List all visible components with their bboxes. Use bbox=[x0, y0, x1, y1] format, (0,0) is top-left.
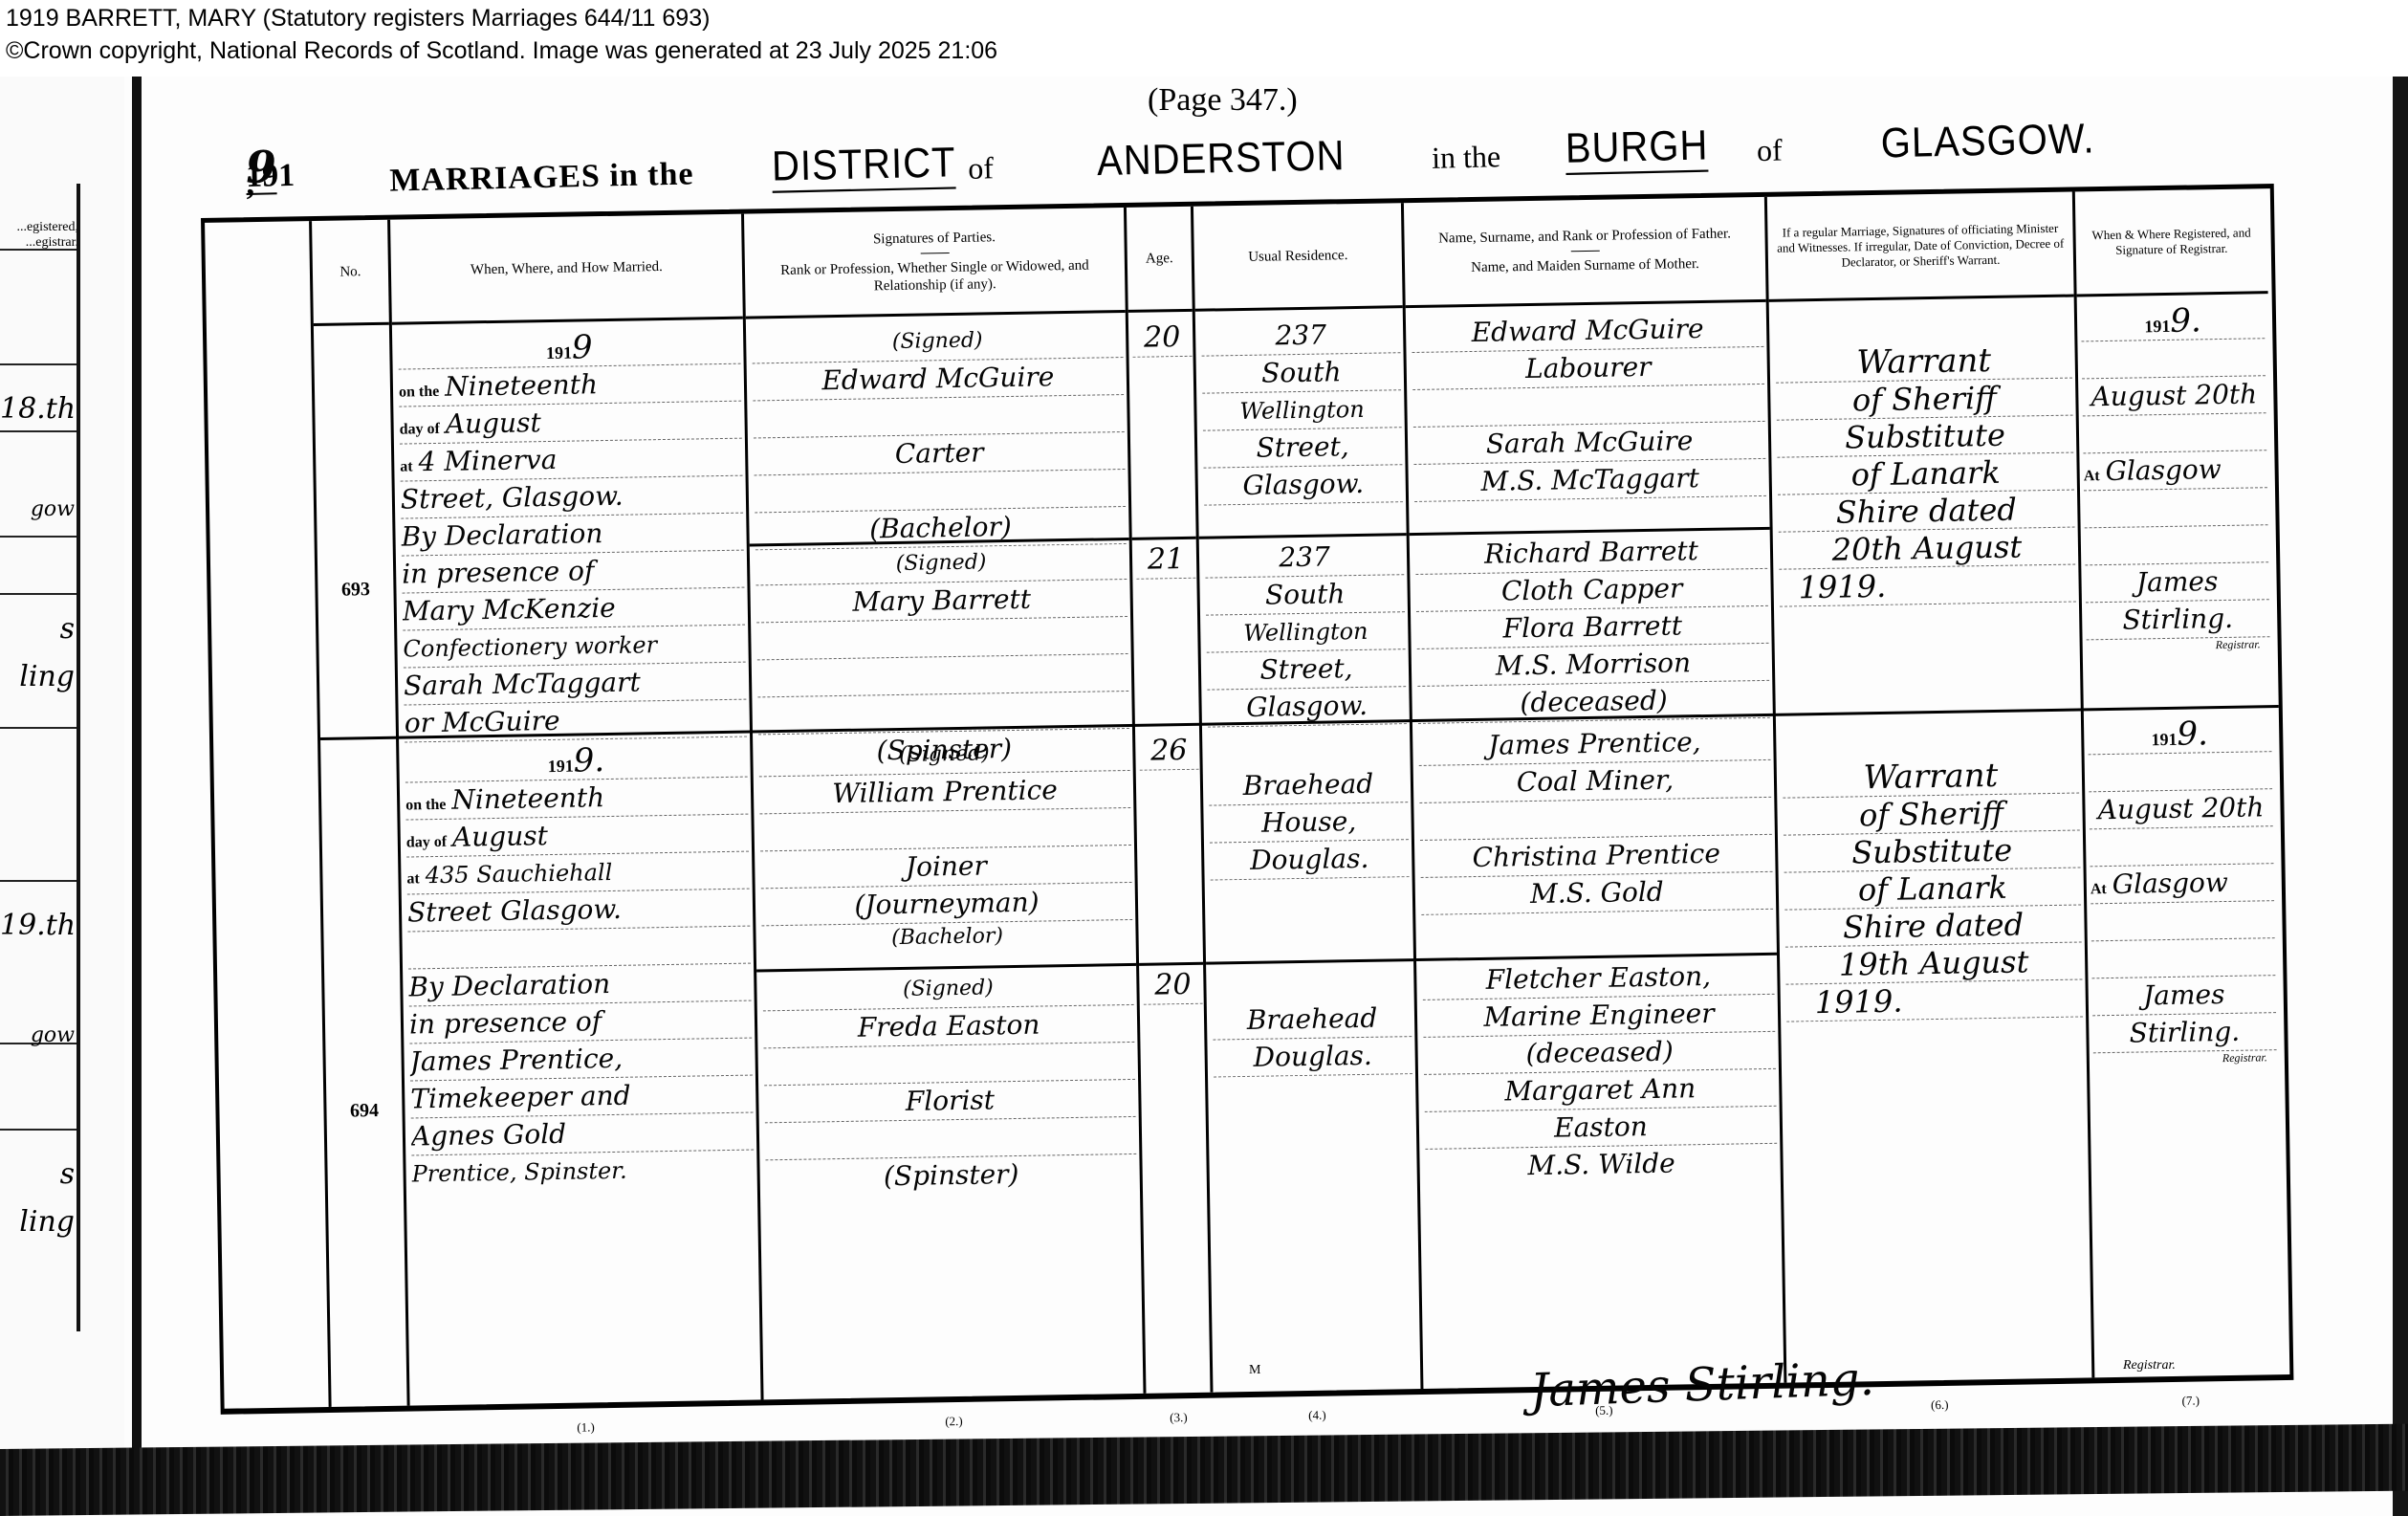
column-header: Usual Residence. bbox=[1193, 203, 1403, 312]
left-page-rule bbox=[0, 1129, 77, 1131]
page-edge bbox=[2393, 77, 2408, 1516]
spouse-divider bbox=[1139, 962, 1203, 966]
bride-residence-693: 237 South Wellington Street, Glasgow. bbox=[1205, 538, 1407, 727]
groom-age-693: 20 bbox=[1132, 319, 1193, 358]
left-page-fragment: gow bbox=[0, 497, 75, 521]
scan-bottom-edge bbox=[0, 1424, 2408, 1516]
column-registered: When & Where Registered, and Signature o… bbox=[2075, 188, 2287, 1377]
column-warrant: If a regular Marriage, Signatures of off… bbox=[1767, 192, 2095, 1383]
column-header: When & Where Registered, and Signature o… bbox=[2075, 188, 2268, 297]
column-number: (2.) bbox=[764, 1411, 1144, 1433]
registration-693: 1919. August 20th AtGlasgow James Stirli… bbox=[2081, 301, 2270, 654]
left-page-border bbox=[77, 184, 80, 1331]
column-number: (3.) bbox=[1147, 1410, 1211, 1426]
left-page-fragment: s bbox=[0, 612, 75, 646]
column-number: (7.) bbox=[2095, 1392, 2287, 1410]
bride-residence-694: Braehead Douglas. bbox=[1213, 1000, 1412, 1077]
left-page-rule bbox=[0, 727, 77, 729]
heading-year: 1919 , bbox=[246, 166, 254, 203]
bride-parents-694: Fletcher Easton, Marine Engineer (deceas… bbox=[1422, 957, 1778, 1186]
groom-signature-694: (Signed) William Prentice Joiner (Journe… bbox=[758, 734, 1133, 955]
when-where-693: 1919 on theNineteenth day ofAugust at4 M… bbox=[398, 327, 747, 743]
district-type: DISTRICT bbox=[772, 140, 957, 193]
left-facing-page: ...egistered,...egistrar. 18.th gow s li… bbox=[0, 77, 124, 1454]
left-page-fragment: s bbox=[0, 1157, 75, 1191]
margin-column bbox=[205, 221, 332, 1409]
column-header: No. bbox=[312, 220, 389, 326]
left-page-rule bbox=[0, 880, 77, 882]
left-page-rule bbox=[0, 249, 77, 251]
groom-signature-693: (Signed) Edward McGuire Carter (Bachelor… bbox=[752, 320, 1127, 550]
column-when-where: When, Where, and How Married. (1.) 1919 … bbox=[390, 214, 764, 1406]
when-where-694: 1919. on theNineteenth day ofAugust at43… bbox=[405, 740, 755, 1193]
column-header: Name, Surname, and Rank or Profession of… bbox=[1404, 197, 1766, 308]
column-parents: Name, Surname, and Rank or Profession of… bbox=[1404, 197, 1787, 1389]
column-header: When, Where, and How Married. bbox=[390, 214, 743, 325]
column-header: Age. bbox=[1127, 207, 1193, 313]
bride-parents-693: Richard Barrett Cloth Capper Flora Barre… bbox=[1415, 532, 1770, 724]
heading-of: of bbox=[968, 150, 994, 187]
bride-signature-694: (Signed) Freda Easton Florist (Spinster) bbox=[762, 968, 1137, 1197]
registration-694: 1919. August 20th AtGlasgow James Stirli… bbox=[2088, 714, 2277, 1067]
footer-registrar-label: Registrar. bbox=[2123, 1358, 2176, 1373]
district-name: ANDERSTON bbox=[1097, 133, 1346, 186]
left-page-fragment: ling bbox=[0, 1205, 75, 1239]
left-page-rule bbox=[0, 536, 77, 538]
groom-parents-693: Edward McGuire Labourer Sarah McGuire M.… bbox=[1412, 310, 1766, 502]
bride-age-694: 20 bbox=[1143, 967, 1203, 1005]
burgh-name: GLASGOW. bbox=[1880, 116, 2095, 168]
entry-number: 694 bbox=[326, 1100, 402, 1123]
left-page-rule bbox=[0, 593, 77, 595]
left-page-fragment: 19.th bbox=[0, 909, 75, 942]
left-page-fragment: ling bbox=[0, 660, 75, 693]
left-page-rule bbox=[0, 430, 77, 432]
copyright-notice: ©Crown copyright, National Records of Sc… bbox=[6, 36, 997, 65]
groom-residence-693: 237 South Wellington Street, Glasgow. bbox=[1201, 316, 1403, 505]
spouse-divider bbox=[1132, 537, 1196, 540]
entry-number: 693 bbox=[317, 579, 393, 602]
warrant-693: Warrant of Sheriff Substitute of Lanark … bbox=[1775, 341, 2075, 607]
book-gutter bbox=[132, 77, 142, 1454]
bride-age-693: 21 bbox=[1136, 541, 1196, 580]
spouse-divider bbox=[1206, 958, 1413, 965]
column-number: (1.) bbox=[410, 1417, 761, 1438]
heading-marriages: MARRIAGES in the bbox=[389, 156, 694, 199]
column-number: (4.) bbox=[1214, 1406, 1421, 1425]
column-header: If a regular Marriage, Signatures of off… bbox=[1767, 192, 2074, 302]
register-table: No. 693 694 When, Where, and How Married… bbox=[201, 184, 2293, 1415]
warrant-694: Warrant of Sheriff Substitute of Lanark … bbox=[1783, 757, 2083, 1022]
footer-mark: M bbox=[1249, 1363, 1260, 1378]
left-page-fragment: gow bbox=[0, 1023, 75, 1047]
groom-age-694: 26 bbox=[1139, 733, 1199, 771]
groom-residence-694: Braehead House, Douglas. bbox=[1209, 765, 1410, 880]
groom-parents-694: James Prentice, Coal Miner, Christina Pr… bbox=[1418, 723, 1773, 915]
heading-in-the: in the bbox=[1432, 139, 1501, 176]
column-residence: Usual Residence. (4.) 237 South Wellingt… bbox=[1193, 203, 1424, 1392]
register-scan: ...egistered,...egistrar. 18.th gow s li… bbox=[0, 77, 2408, 1516]
left-page-header: ...egistered,...egistrar. bbox=[16, 220, 78, 251]
record-title: 1919 BARRETT, MARY (Statutory registers … bbox=[6, 4, 710, 33]
heading-of: of bbox=[1757, 133, 1783, 169]
column-signatures: Signatures of Parties.Rank or Profession… bbox=[744, 208, 1147, 1399]
left-page-fragment: 18.th bbox=[0, 392, 75, 426]
left-page-rule bbox=[0, 363, 77, 365]
column-header: Signatures of Parties.Rank or Profession… bbox=[744, 208, 1126, 319]
burgh-type: BURGH bbox=[1565, 122, 1709, 175]
